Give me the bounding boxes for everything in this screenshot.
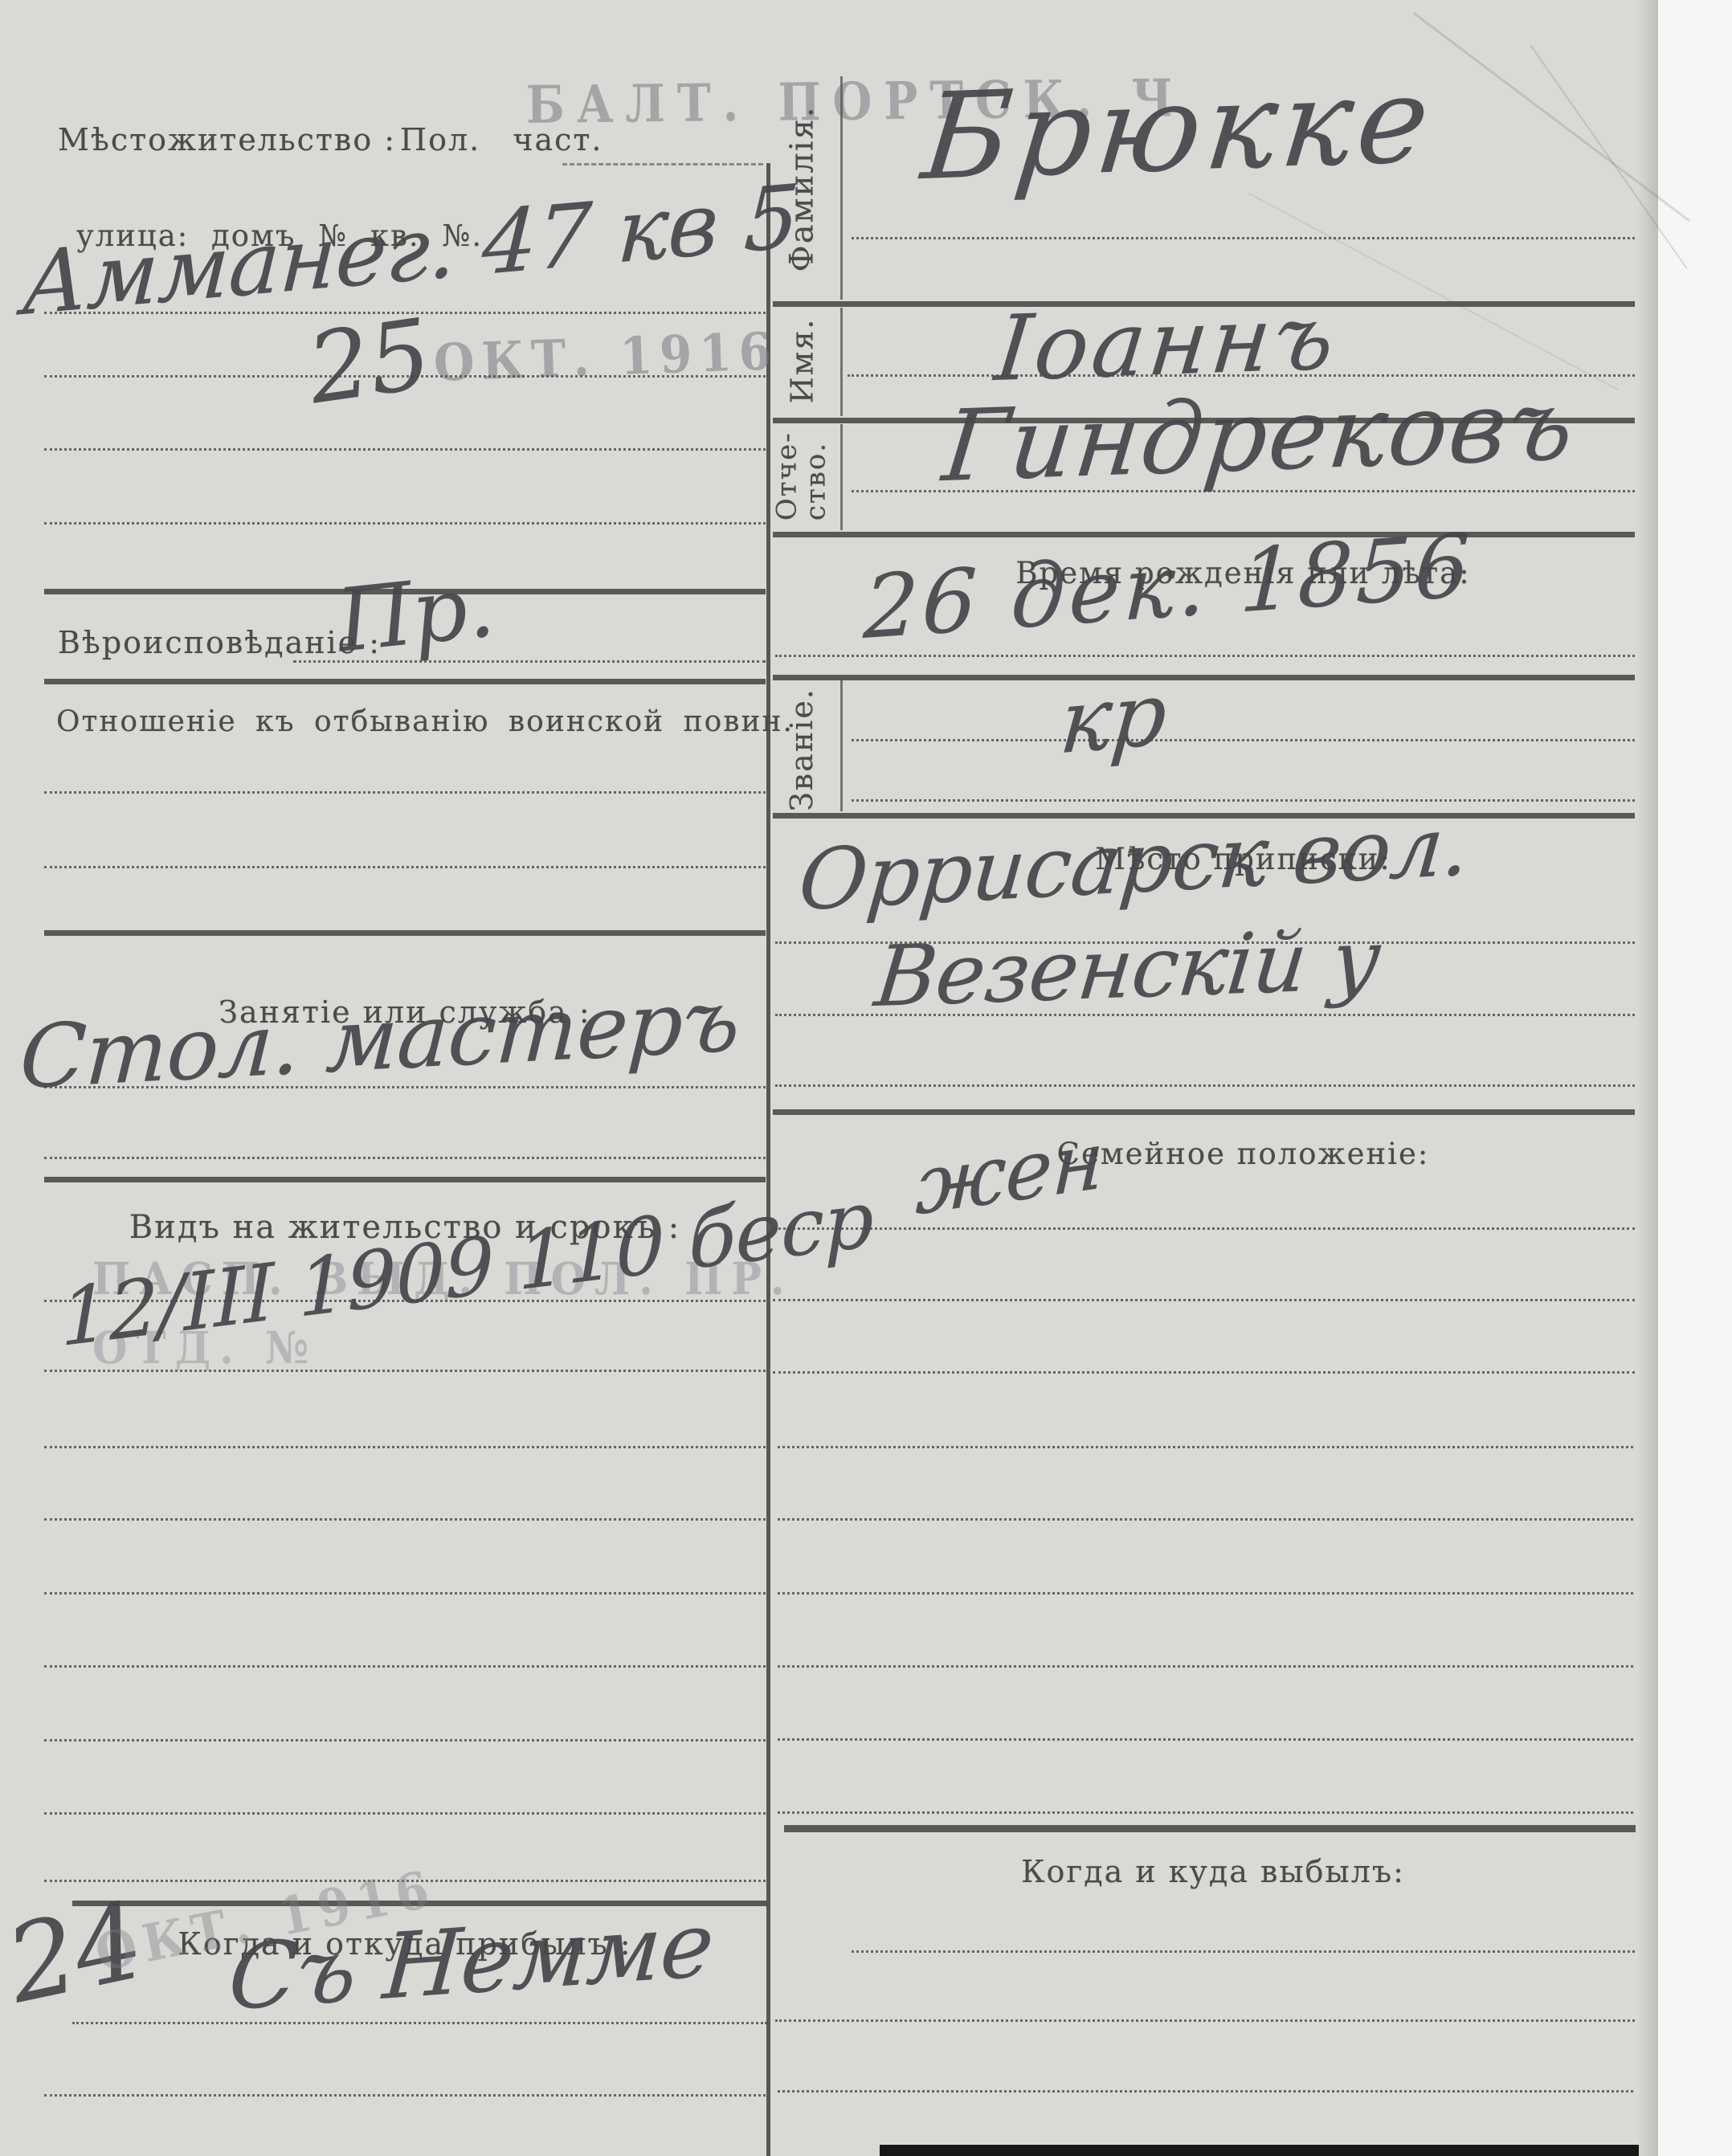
reg-date-day-handwritten: 25 bbox=[301, 299, 437, 427]
departed-label: Когда и куда выбылъ: bbox=[852, 1854, 1575, 1889]
dotted-line bbox=[852, 799, 1635, 802]
label-separator-line bbox=[840, 308, 843, 416]
dotted-line bbox=[778, 1811, 1633, 1814]
dotted-line bbox=[72, 2022, 767, 2024]
rank-vertical-label: Званіе. bbox=[765, 689, 839, 810]
dotted-line bbox=[852, 1950, 1635, 1953]
thick-rule bbox=[784, 1825, 1636, 1832]
dotted-line bbox=[778, 1592, 1633, 1595]
dotted-line bbox=[44, 1446, 766, 1448]
patronymic-label-line1: Отче- bbox=[773, 431, 802, 521]
dotted-line bbox=[44, 1086, 766, 1088]
thick-rule bbox=[773, 675, 1635, 680]
dotted-line bbox=[775, 1014, 1635, 1016]
dotted-line bbox=[44, 1370, 766, 1372]
patronymic-label-line2: ство. bbox=[802, 431, 831, 521]
dotted-line bbox=[44, 1592, 766, 1595]
rank-handwritten: кр bbox=[1056, 664, 1170, 774]
dotted-line bbox=[778, 1518, 1633, 1521]
dotted-line bbox=[778, 1446, 1633, 1448]
thick-rule bbox=[44, 1177, 766, 1182]
residence-label: Мѣстожительство : bbox=[58, 122, 396, 157]
thick-rule bbox=[44, 930, 766, 936]
thick-rule bbox=[773, 1109, 1635, 1115]
name-vertical-label: Имя. bbox=[765, 313, 839, 408]
dotted-line bbox=[44, 1518, 766, 1521]
religion-label: Вѣроисповѣданіе : bbox=[58, 625, 381, 660]
dotted-line bbox=[852, 490, 1635, 492]
dotted-line bbox=[778, 1665, 1633, 1668]
dotted-line bbox=[44, 1157, 766, 1159]
dotted-line bbox=[44, 522, 766, 525]
registration-handwritten-line2: Везенскій у bbox=[871, 910, 1385, 1026]
scan-edge-shadow bbox=[1637, 0, 1658, 2156]
religion-handwritten: Пр. bbox=[332, 556, 498, 672]
surname-handwritten: Брюкке bbox=[917, 50, 1440, 206]
scan-bottom-bar bbox=[880, 2145, 1639, 2156]
name-label-text: Имя. bbox=[784, 318, 819, 404]
dashed-line bbox=[562, 163, 763, 165]
dotted-line bbox=[44, 1812, 766, 1815]
dotted-line bbox=[778, 2090, 1633, 2093]
patronymic-handwritten: Гиндрековъ bbox=[938, 367, 1581, 504]
reg-date-stamp: ОКТ. 1916 bbox=[433, 321, 780, 394]
dotted-line bbox=[44, 448, 766, 451]
dotted-line bbox=[44, 791, 766, 794]
scan-white-strip bbox=[1658, 0, 1732, 2156]
dotted-line bbox=[775, 2019, 1635, 2022]
family-status-handwritten: жен bbox=[914, 1112, 1105, 1234]
patronymic-vertical-label: Отче- ство. bbox=[762, 426, 842, 526]
surname-label-text: Фамилія. bbox=[783, 106, 820, 272]
dotted-line bbox=[44, 1739, 766, 1742]
dotted-line bbox=[773, 1299, 1635, 1301]
dotted-line bbox=[44, 1665, 766, 1668]
scanned-registration-card: Мѣстожительство : Пол. част. БАЛТ. ПОРТС… bbox=[0, 0, 1732, 2156]
permit-handwritten: 12/III 1909 110 беср bbox=[59, 1173, 874, 1365]
label-separator-line bbox=[840, 76, 843, 300]
rank-label-text: Званіе. bbox=[784, 688, 819, 811]
military-service-label: Отношеніе къ отбыванію воинской повин. bbox=[56, 705, 794, 738]
dotted-line bbox=[44, 866, 766, 868]
dotted-line bbox=[852, 739, 1635, 741]
dotted-line bbox=[778, 1738, 1633, 1741]
label-separator-line bbox=[840, 679, 843, 811]
surname-vertical-label: Фамилія. bbox=[765, 84, 839, 293]
dotted-line bbox=[44, 2094, 766, 2097]
dotted-line bbox=[775, 1084, 1635, 1087]
dotted-line bbox=[44, 375, 766, 378]
dotted-line bbox=[775, 655, 1635, 657]
dotted-line bbox=[773, 1227, 1635, 1230]
thick-rule bbox=[44, 679, 766, 684]
label-separator-line bbox=[840, 424, 843, 530]
dotted-line bbox=[852, 237, 1635, 239]
dotted-line bbox=[293, 660, 766, 663]
dotted-line bbox=[773, 1371, 1635, 1374]
